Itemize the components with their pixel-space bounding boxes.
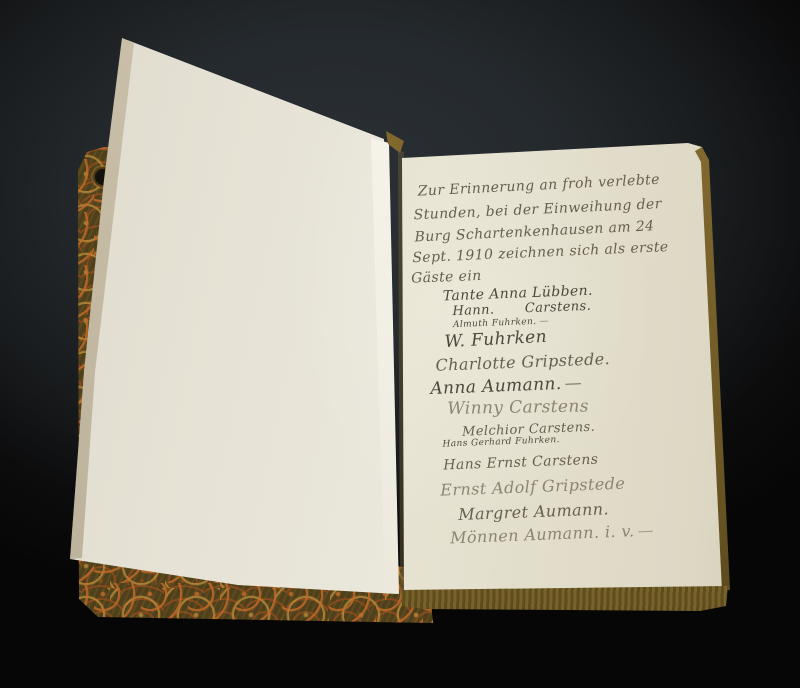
signature-hann-carstens: Hann. Carstens. [452,300,591,318]
signature-hans-gerhard-fuhrken: Hans Gerhard Fuhrken. [442,436,560,449]
guest-book: Zur Erinnerung an froh verlebte Stunden,… [0,0,800,688]
signature-charlotte-gripstede: Charlotte Gripstede. [435,351,610,374]
signature-hans-ernst-carstens: Hans Ernst Carstens [443,453,598,473]
signature-anna-aumann: Anna Aumann. [430,375,582,398]
signature-ernst-adolf-gripstede: Ernst Adolf Gripstede [440,476,625,499]
photo-background: Zur Erinnerung an froh verlebte Stunden,… [0,0,800,688]
handwriting-line-dedication-1: Zur Erinnerung an froh verlebte [418,173,661,199]
handwriting-line-dedication-5: Gäste ein [411,269,482,286]
handwriting-line-dedication-2: Stunden, bei der Einweihung der [413,197,662,222]
signature-margret-aumann: Margret Aumann. [458,501,609,523]
signature-moennen-aumann: Mönnen Aumann. i. v. [450,523,654,547]
signature-w-fuhrken: W. Fuhrken [444,329,547,351]
handwritten-entries: Zur Erinnerung an froh verlebte Stunden,… [400,157,745,579]
handwriting-line-dedication-4: Sept. 1910 zeichnen sich als erste [412,240,669,265]
signature-winny-carstens: Winny Carstens [447,398,589,417]
